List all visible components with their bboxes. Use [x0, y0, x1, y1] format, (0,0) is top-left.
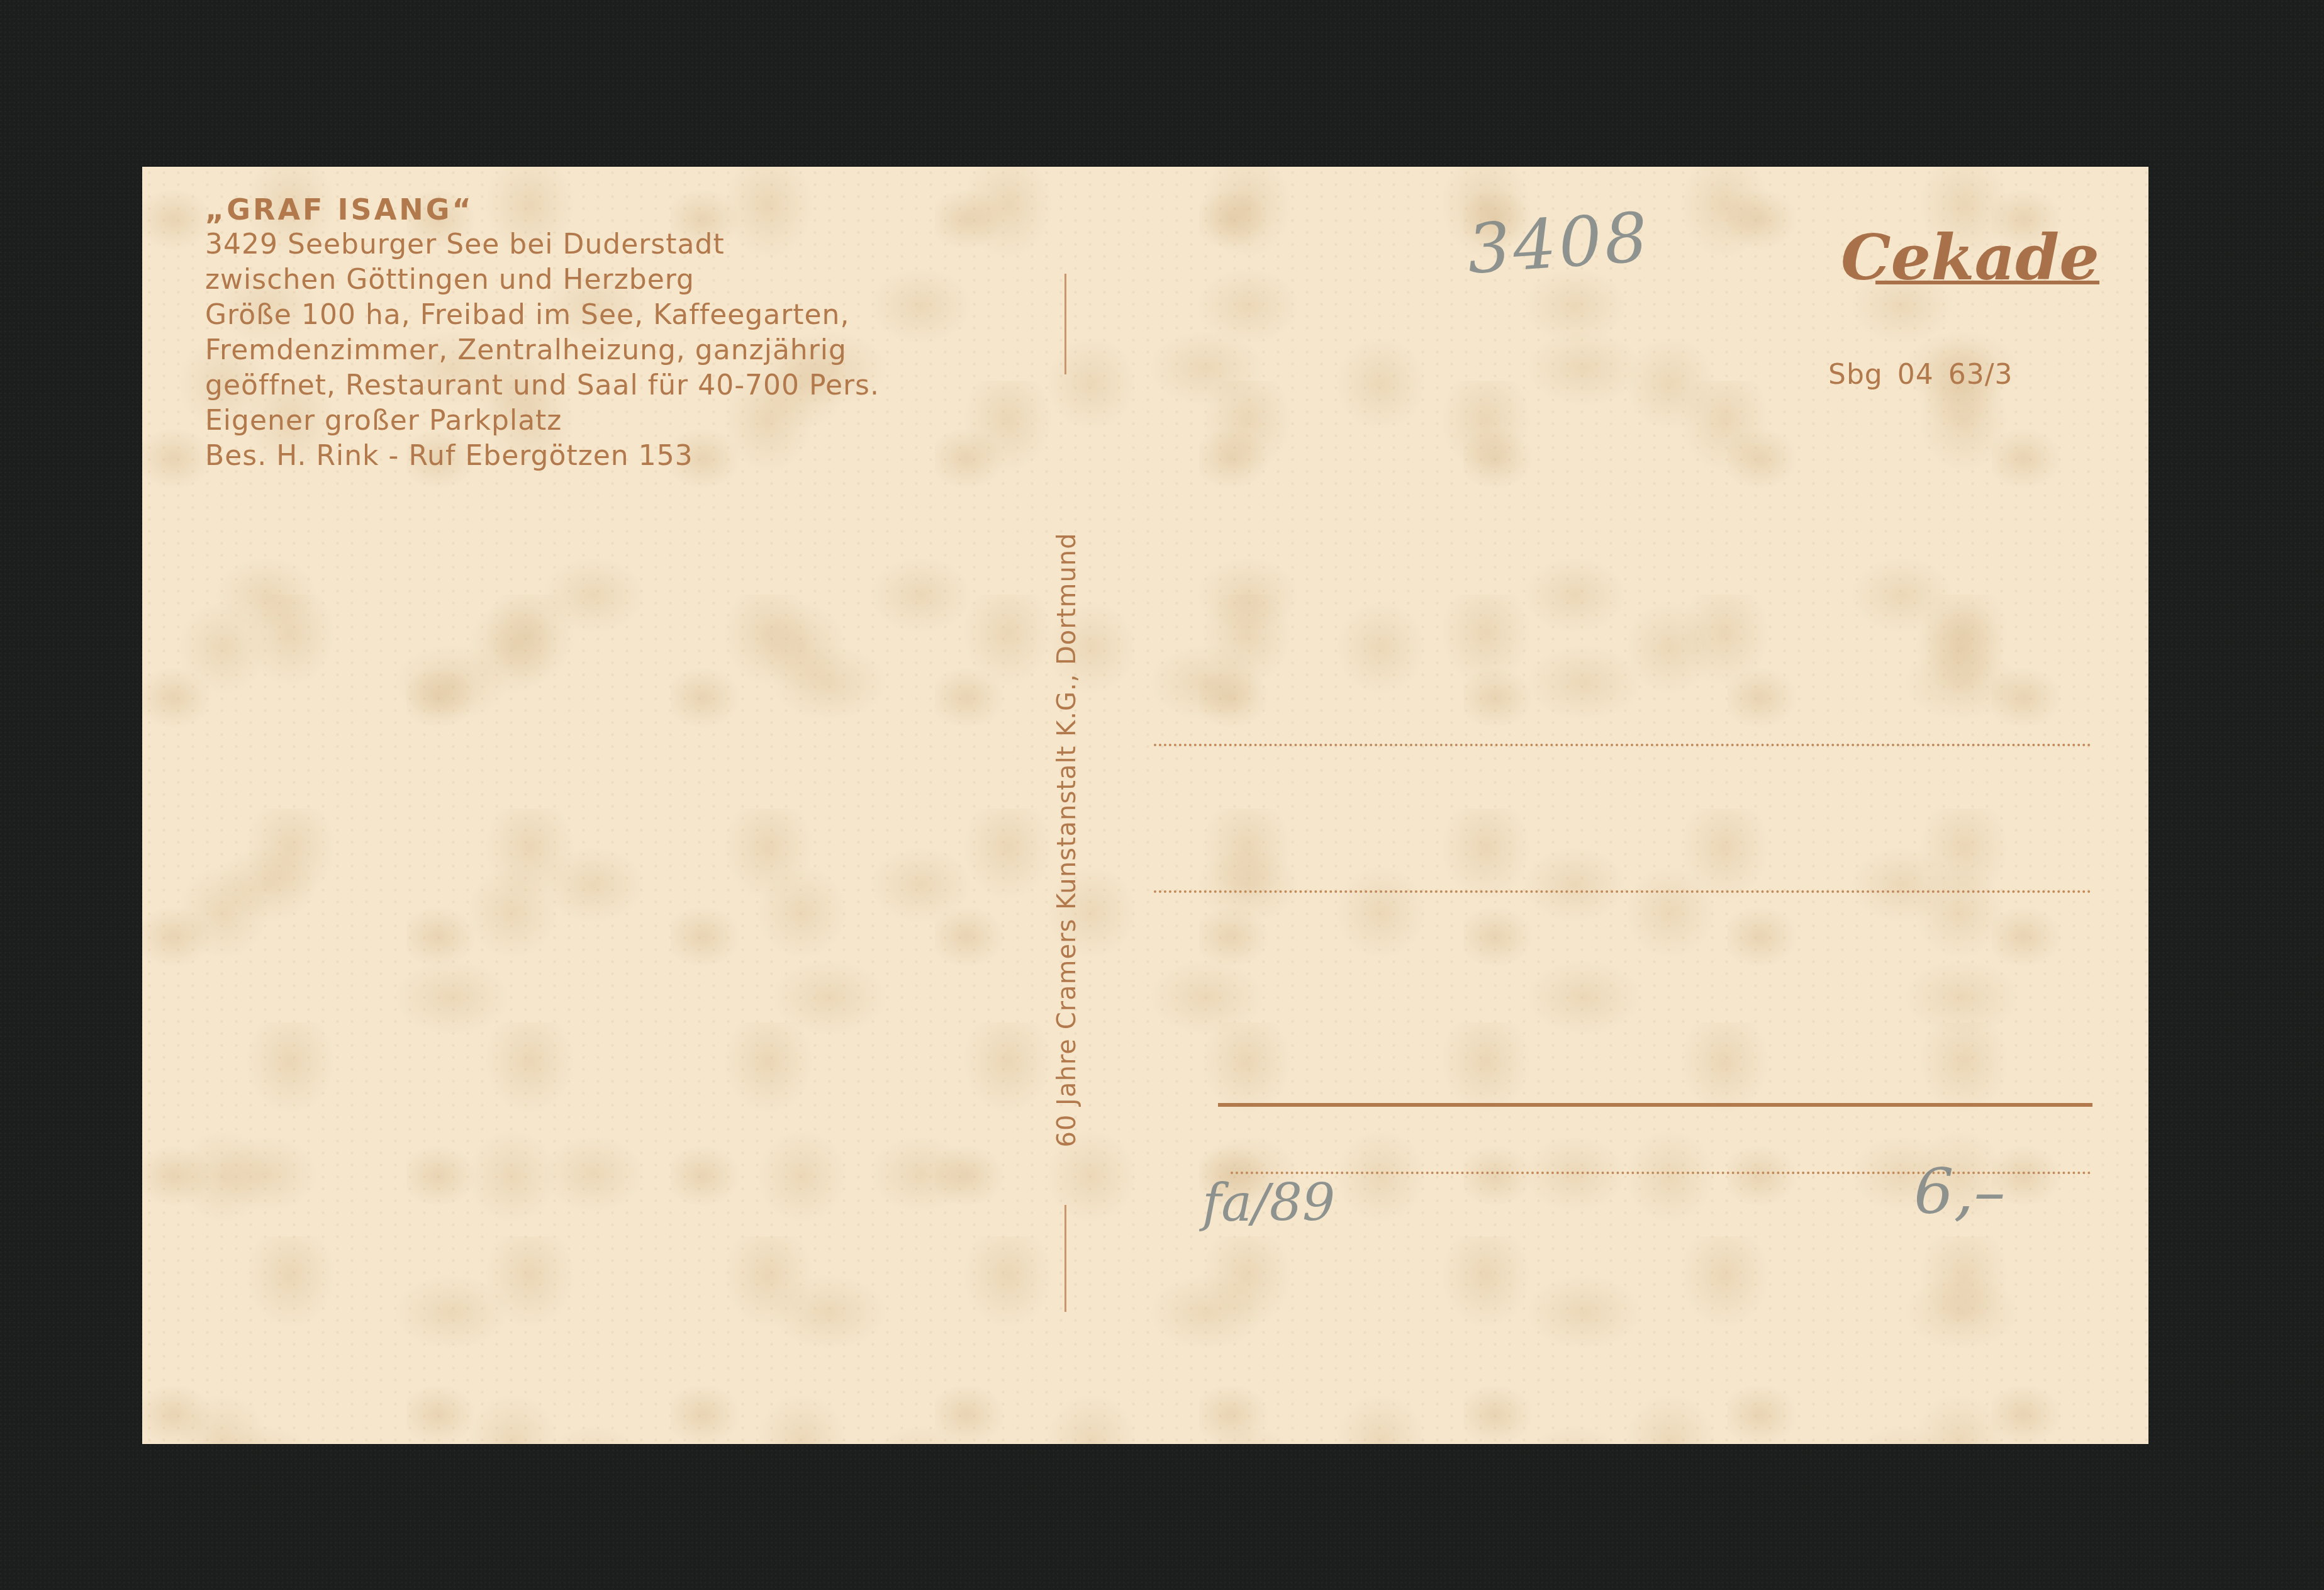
sender-block: „GRAF ISANG“ 3429 Seeburger See bei Dude…: [205, 192, 880, 474]
logo-underline: [1875, 281, 2099, 284]
center-divider-top: [1064, 274, 1066, 374]
sender-line: Eigener großer Parkplatz: [205, 403, 880, 439]
sender-line: zwischen Göttingen und Herzberg: [205, 262, 880, 298]
sender-line: 3429 Seeburger See bei Duderstadt: [205, 227, 880, 262]
pencil-reference: fa/89: [1202, 1173, 1335, 1233]
address-line-1: [1154, 744, 2091, 746]
sender-line: Bes. H. Rink - Ruf Ebergötzen 153: [205, 439, 880, 474]
address-line-2: [1154, 890, 2091, 893]
center-divider-bottom: [1064, 1205, 1066, 1312]
sender-title: „GRAF ISANG“: [205, 192, 880, 227]
publisher-imprint: 60 Jahre Cramers Kunstanstalt K.G., Dort…: [1053, 532, 1081, 1147]
pencil-price: 6,–: [1914, 1155, 2005, 1228]
sender-line: Größe 100 ha, Freibad im See, Kaffeegart…: [205, 298, 880, 333]
series-code: Sbg 04 63/3: [1828, 359, 2013, 391]
sender-line: Fremdenzimmer, Zentralheizung, ganzjähri…: [205, 333, 880, 368]
sender-line: geöffnet, Restaurant und Saal für 40-700…: [205, 368, 880, 403]
postcard-back: „GRAF ISANG“ 3429 Seeburger See bei Dude…: [142, 167, 2148, 1444]
pencil-catalog-number: 3408: [1465, 198, 1653, 289]
address-line-3: [1218, 1103, 2092, 1107]
cekade-logo: Cekade: [1841, 220, 2099, 294]
